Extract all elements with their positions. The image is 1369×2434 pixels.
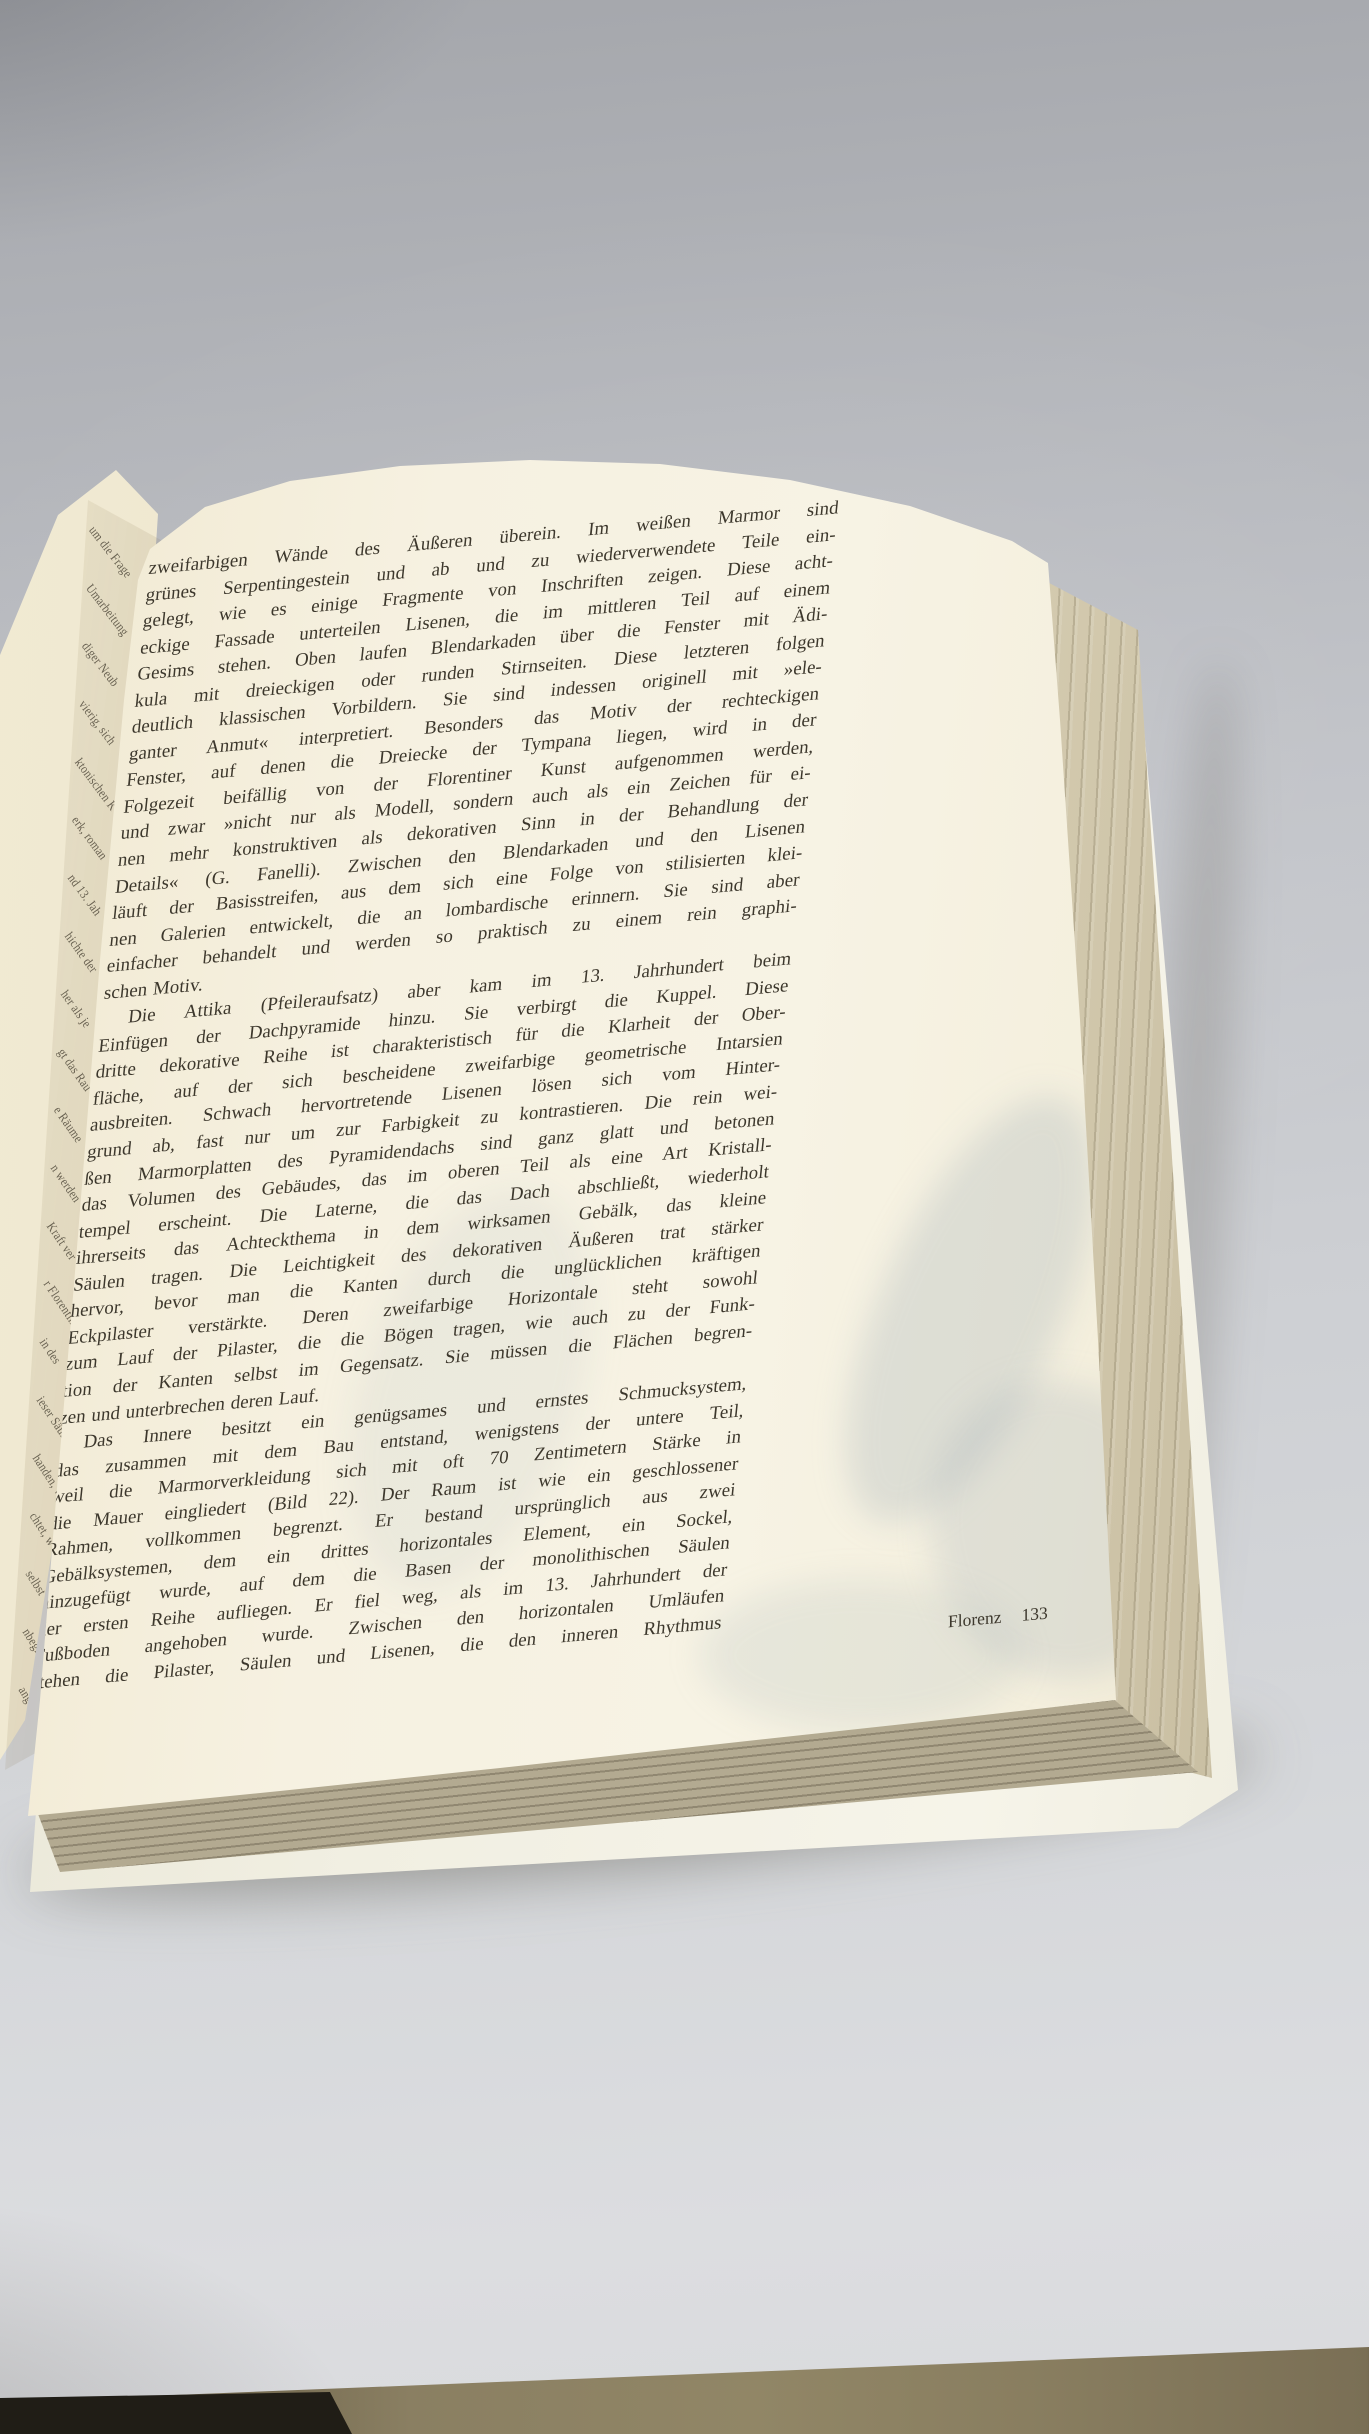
page-number: 133 bbox=[1021, 1603, 1047, 1625]
page-text: zweifarbigen Wände des Äußeren überein. … bbox=[30, 495, 840, 1697]
paragraph: zweifarbigen Wände des Äußeren überein. … bbox=[103, 495, 840, 1007]
page-stain bbox=[700, 1580, 1020, 1730]
paragraph: Die Attika (Pfeileraufsatz) aber kam im … bbox=[58, 947, 793, 1432]
photo-of-open-book: um die FrageUmarbeitungdiger Neubvierig,… bbox=[0, 0, 1369, 2434]
running-footer-label: Florenz bbox=[948, 1607, 1001, 1632]
